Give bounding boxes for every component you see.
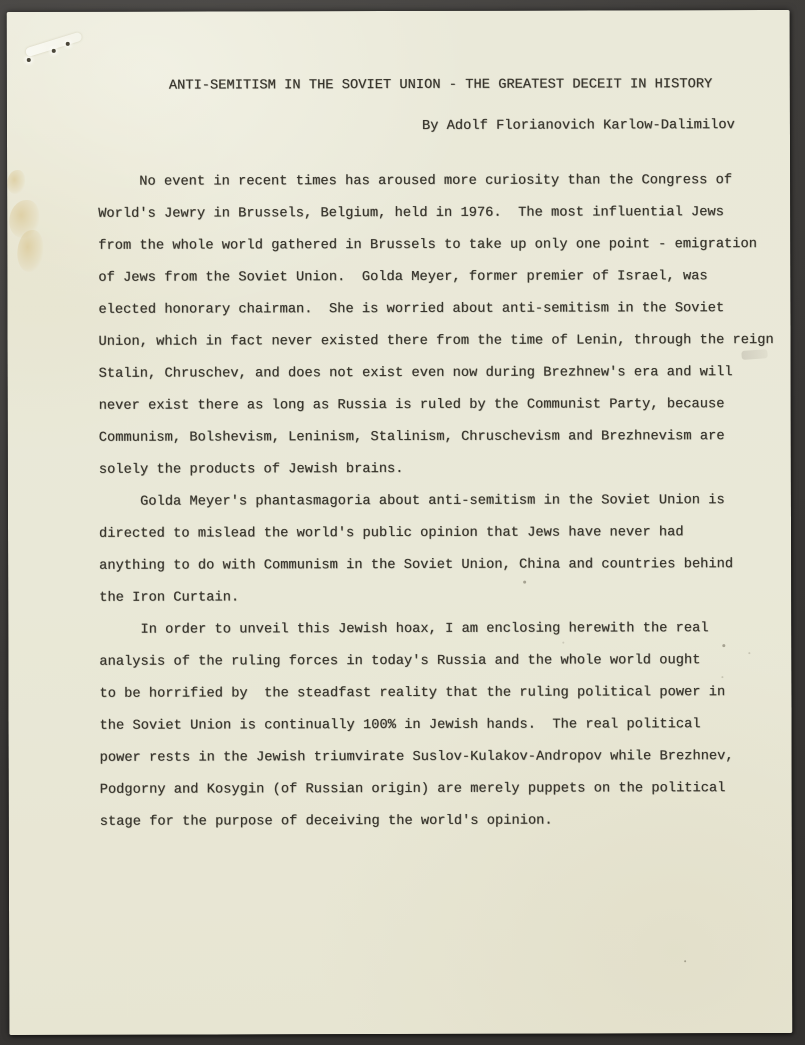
paper-stain: [17, 230, 43, 272]
staple-scratch-mark: [25, 32, 83, 58]
paragraph-3: In order to unveil this Jewish hoax, I a…: [99, 613, 790, 839]
document-page: ANTI-SEMITISM IN THE SOVIET UNION - THE …: [7, 10, 793, 1035]
paragraph-2: Golda Meyer's phantasmagoria about anti-…: [99, 485, 789, 615]
paper-stain: [7, 170, 25, 194]
paper-stain: [9, 200, 39, 238]
document-byline: By Adolf Florianovich Karlow-Dalimilov: [422, 110, 735, 143]
staple-hole-mark: [27, 58, 31, 62]
scanner-background: ANTI-SEMITISM IN THE SOVIET UNION - THE …: [0, 0, 805, 1045]
document-body: No event in recent times has aroused mor…: [98, 165, 790, 839]
staple-hole-mark: [52, 49, 56, 53]
paragraph-1: No event in recent times has aroused mor…: [98, 165, 789, 487]
document-title: ANTI-SEMITISM IN THE SOVIET UNION - THE …: [169, 69, 713, 102]
staple-hole-mark: [66, 42, 70, 46]
paper-speck: [684, 960, 686, 962]
